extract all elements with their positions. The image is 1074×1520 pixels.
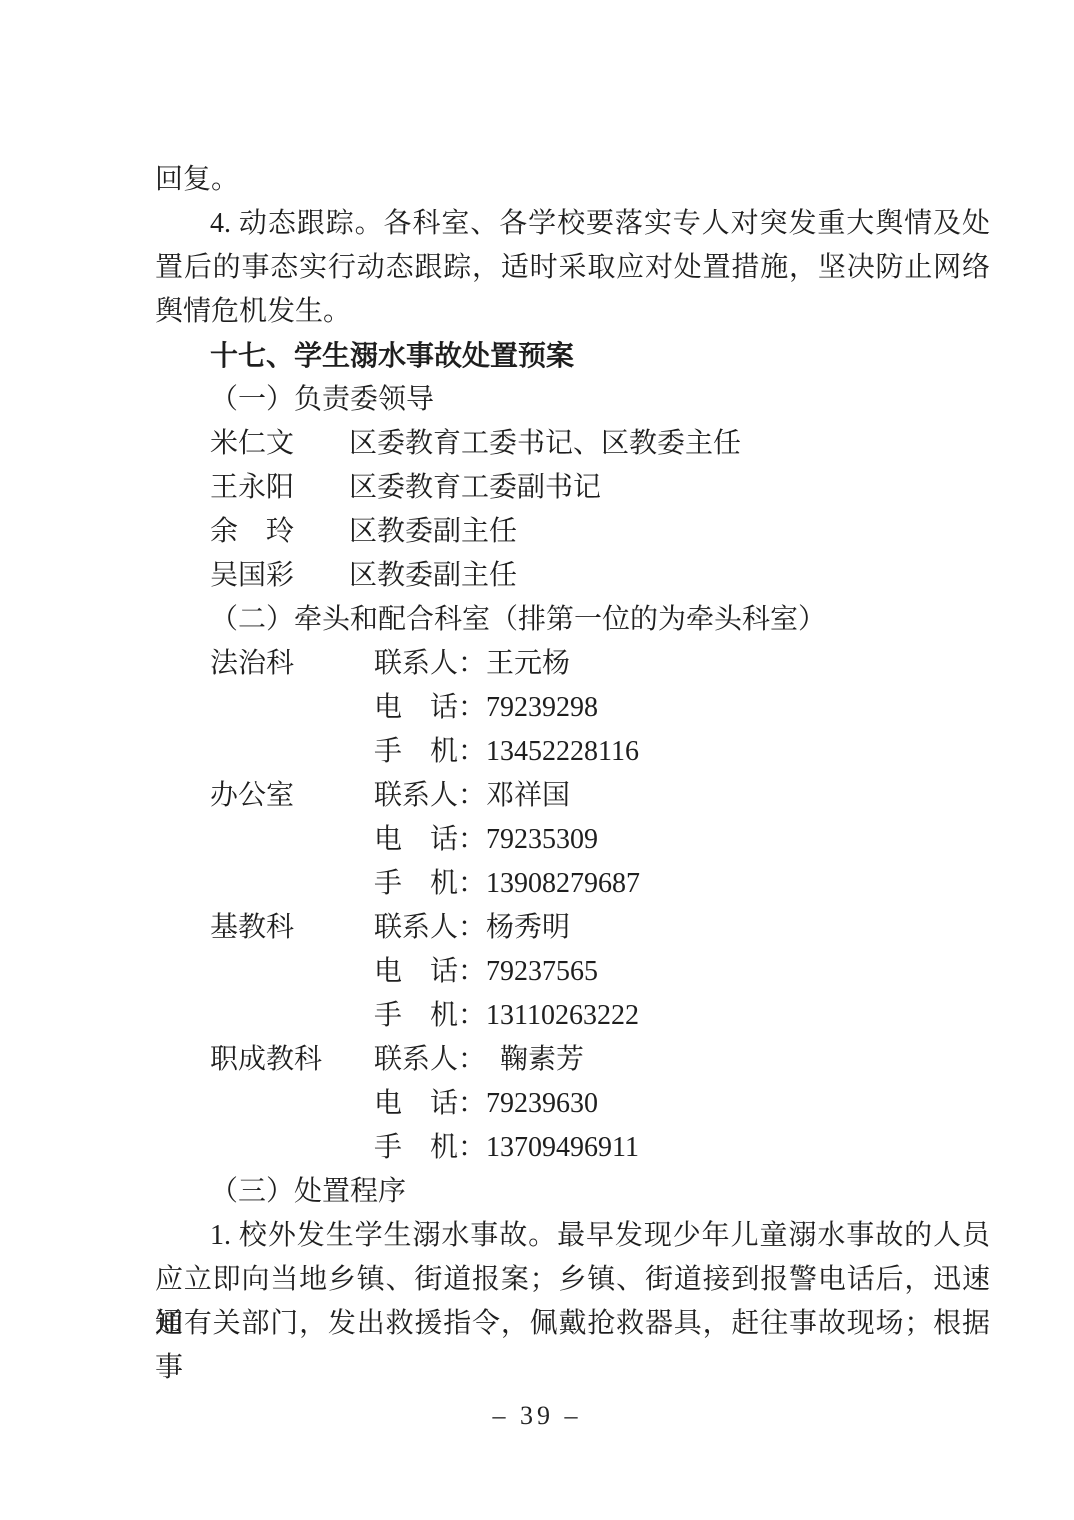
contact-person-label: 联系人： [374,648,486,679]
procedure-step-1-line-1: 1. 校外发生学生溺水事故。最早发现少年儿童溺水事故的人员 [155,1214,990,1258]
dynamic-tracking-line-2: 置后的事态实行动态跟踪，适时采取应对处置措施，坚决防止网络 [155,246,990,290]
mobile-label: 手 机： [374,1000,486,1031]
leader-name: 米仁文 [210,422,349,466]
contact-person-name: 鞠素芳 [472,1044,584,1075]
intro-reply-line: 回复。 [155,158,990,202]
document-content: 回复。 4. 动态跟踪。各科室、各学校要落实专人对突发重大舆情及处 置后的事态实… [155,158,990,1346]
leader-name: 余 玲 [210,510,349,554]
phone-label: 电 话： [374,692,486,723]
phone-label: 电 话： [374,824,486,855]
contact-mobile-row: 手 机：13110263222 [155,994,990,1038]
contact-dept-row: 办公室联系人：邓祥国 [155,774,990,818]
mobile-label: 手 机： [374,1132,486,1163]
leader-row: 米仁文区委教育工委书记、区教委主任 [155,422,990,466]
leader-row: 吴国彩区教委副主任 [155,554,990,598]
contact-mobile-row: 手 机：13452228116 [155,730,990,774]
leader-row: 王永阳区委教育工委副书记 [155,466,990,510]
contact-dept-row: 职成教科联系人： 鞠素芳 [155,1038,990,1082]
contact-dept-row: 法治科联系人：王元杨 [155,642,990,686]
leader-title: 区教委副主任 [349,560,517,591]
procedure-step-1-line-3: 知有关部门，发出救援指令，佩戴抢救器具，赶往事故现场；根据事 [155,1302,990,1346]
document-page: 回复。 4. 动态跟踪。各科室、各学校要落实专人对突发重大舆情及处 置后的事态实… [0,0,1074,1520]
mobile-number: 13110263222 [486,1000,639,1031]
mobile-label: 手 机： [374,736,486,767]
leader-title: 区委教育工委书记、区教委主任 [349,428,741,459]
leader-row: 余 玲区教委副主任 [155,510,990,554]
contact-mobile-row: 手 机：13908279687 [155,862,990,906]
contact-phone-row: 电 话：79239630 [155,1082,990,1126]
contact-dept-row: 基教科联系人：杨秀明 [155,906,990,950]
mobile-number: 13709496911 [486,1132,639,1163]
contact-person-name: 杨秀明 [486,912,570,943]
contact-person-name: 邓祥国 [486,780,570,811]
leader-title: 区教委副主任 [349,516,517,547]
phone-label: 电 话： [374,1088,486,1119]
leader-title: 区委教育工委副书记 [349,472,601,503]
page-number: – 39 – [0,1398,1074,1434]
phone-number: 79237565 [486,956,598,987]
contact-phone-row: 电 话：79237565 [155,950,990,994]
contact-phone-row: 电 话：79235309 [155,818,990,862]
dept-name: 法治科 [210,642,374,686]
phone-number: 79239630 [486,1088,598,1119]
contact-person-label: 联系人： [374,912,486,943]
subsection-1-heading: （一）负责委领导 [155,378,990,422]
dept-name: 基教科 [210,906,374,950]
subsection-3-heading: （三）处置程序 [155,1170,990,1214]
dynamic-tracking-line-1: 4. 动态跟踪。各科室、各学校要落实专人对突发重大舆情及处 [155,202,990,246]
section-17-heading: 十七、学生溺水事故处置预案 [155,334,990,378]
subsection-2-heading: （二）牵头和配合科室（排第一位的为牵头科室） [155,598,990,642]
contact-phone-row: 电 话：79239298 [155,686,990,730]
leader-name: 吴国彩 [210,554,349,598]
procedure-step-1-line-2: 应立即向当地乡镇、街道报案；乡镇、街道接到报警电话后，迅速通 [155,1258,990,1302]
mobile-number: 13452228116 [486,736,639,767]
phone-number: 79235309 [486,824,598,855]
contact-person-label: 联系人： [374,1044,472,1075]
dynamic-tracking-line-3: 舆情危机发生。 [155,290,990,334]
contact-person-label: 联系人： [374,780,486,811]
phone-label: 电 话： [374,956,486,987]
mobile-label: 手 机： [374,868,486,899]
phone-number: 79239298 [486,692,598,723]
mobile-number: 13908279687 [486,868,640,899]
contact-mobile-row: 手 机：13709496911 [155,1126,990,1170]
contact-person-name: 王元杨 [486,648,570,679]
leader-name: 王永阳 [210,466,349,510]
dept-name: 职成教科 [210,1038,374,1082]
dept-name: 办公室 [210,774,374,818]
